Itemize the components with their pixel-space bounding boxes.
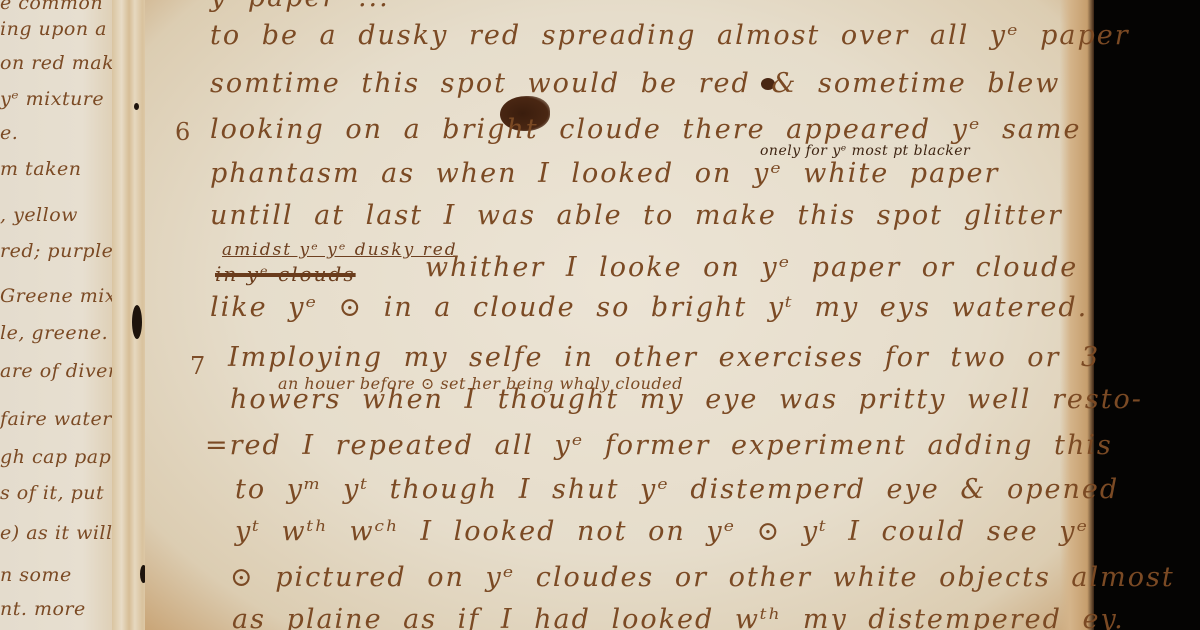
left-page-line: m taken	[0, 158, 82, 180]
manuscript-line: untill at last I was able to make this s…	[210, 200, 1063, 231]
struck-out-text: in yᵉ clouds	[215, 262, 356, 286]
manuscript-line: like yᵉ ⊙ in a cloude so bright yᵗ my ey…	[210, 292, 1088, 323]
entry-number: 6	[175, 118, 192, 146]
manuscript-line: somtime this spot would be red & sometim…	[210, 68, 1060, 99]
inserted-text: amidst yᵉ yᵉ dusky red	[222, 240, 458, 260]
interlinear-note: onely for yᵉ most pt blacker	[760, 143, 970, 159]
manuscript-line: yᵗ wᵗʰ wᶜʰ I looked not on yᵉ ⊙ yᵗ I cou…	[235, 516, 1089, 547]
left-page-line: e.	[0, 122, 18, 144]
manuscript-line: Imploying my selfe in other exercises fo…	[228, 342, 1100, 373]
manuscript-line: to be a dusky red spreading almost over …	[210, 20, 1130, 51]
manuscript-line: phantasm as when I looked on yᵉ white pa…	[210, 158, 999, 189]
left-page-line: e) as it will	[0, 522, 113, 544]
left-page-line: Greene mixt	[0, 285, 124, 307]
binding-hole	[132, 305, 142, 339]
manuscript-line: looking on a bright cloude there appeare…	[210, 114, 1081, 145]
manuscript-line: y paper ...	[210, 0, 390, 13]
left-page-line: le, greene.	[0, 322, 108, 344]
left-page-line: nt. more	[0, 598, 86, 620]
manuscript-line: to yᵐ yᵗ though I shut yᵉ distemperd eye…	[235, 474, 1119, 505]
manuscript-line: =red I repeated all yᵉ former experiment…	[205, 430, 1113, 461]
left-page-line: ing upon a	[0, 18, 107, 40]
manuscript-line: howers when I thought my eye was pritty …	[230, 384, 1143, 415]
left-page: e common ing upon a on red makes yᵉ mixt…	[0, 0, 118, 630]
left-page-line: yᵉ mixture	[0, 88, 104, 110]
manuscript-line: ⊙ pictured on yᵉ cloudes or other white …	[230, 562, 1175, 593]
entry-number: 7	[190, 352, 207, 380]
manuscript-line: whither I looke on yᵉ paper or cloude	[425, 252, 1078, 283]
left-page-line: s of it, put	[0, 482, 104, 504]
binding-hole	[134, 103, 139, 110]
left-page-line: n some	[0, 564, 72, 586]
left-page-line: faire water	[0, 408, 112, 430]
left-page-line: red; purple	[0, 240, 113, 262]
manuscript-photo: e common ing upon a on red makes yᵉ mixt…	[0, 0, 1200, 630]
left-page-line: are of divers	[0, 360, 128, 382]
left-page-line: e common	[0, 0, 103, 14]
manuscript-line: as plaine as if I had looked wᵗʰ my dist…	[232, 604, 1125, 630]
left-page-line: , yellow	[0, 204, 78, 226]
